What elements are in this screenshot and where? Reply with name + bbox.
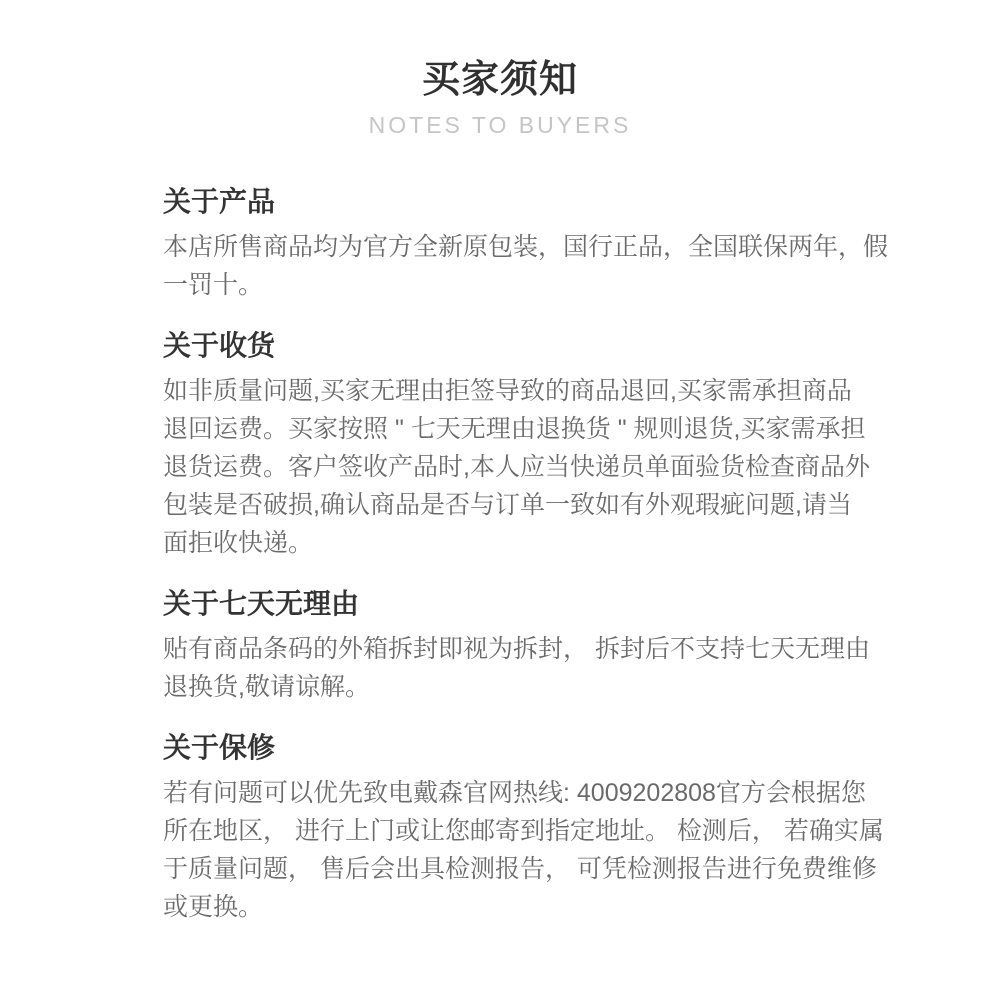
- notice-content: 关于产品 本店所售商品均为官方全新原包装，国行正品，全国联保两年，假 一罚十。 …: [163, 186, 923, 926]
- section-heading: 关于产品: [163, 186, 923, 218]
- section-body: 若有问题可以优先致电戴森官网热线: 4009202808官方会根据您 所在地区，…: [163, 774, 923, 926]
- section-about-seven-day-return: 关于七天无理由 贴有商品条码的外箱拆封即视为拆封， 拆封后不支持七天无理由 退换…: [163, 588, 923, 706]
- section-heading: 关于保修: [163, 732, 923, 764]
- section-body: 本店所售商品均为官方全新原包装，国行正品，全国联保两年，假 一罚十。: [163, 228, 923, 304]
- section-body: 贴有商品条码的外箱拆封即视为拆封， 拆封后不支持七天无理由 退换货,敬请谅解。: [163, 630, 923, 706]
- section-about-product: 关于产品 本店所售商品均为官方全新原包装，国行正品，全国联保两年，假 一罚十。: [163, 186, 923, 304]
- page-title: 买家须知: [0, 60, 1000, 100]
- page-subtitle: NOTES TO BUYERS: [0, 112, 1000, 138]
- section-heading: 关于收货: [163, 330, 923, 362]
- section-heading: 关于七天无理由: [163, 588, 923, 620]
- notes-to-buyers-page: 买家须知 NOTES TO BUYERS 关于产品 本店所售商品均为官方全新原包…: [0, 0, 1000, 1000]
- section-about-warranty: 关于保修 若有问题可以优先致电戴森官网热线: 4009202808官方会根据您 …: [163, 732, 923, 926]
- page-header: 买家须知 NOTES TO BUYERS: [0, 0, 1000, 138]
- section-about-delivery: 关于收货 如非质量问题,买家无理由拒签导致的商品退回,买家需承担商品 退回运费。…: [163, 330, 923, 562]
- section-body: 如非质量问题,买家无理由拒签导致的商品退回,买家需承担商品 退回运费。买家按照 …: [163, 372, 923, 562]
